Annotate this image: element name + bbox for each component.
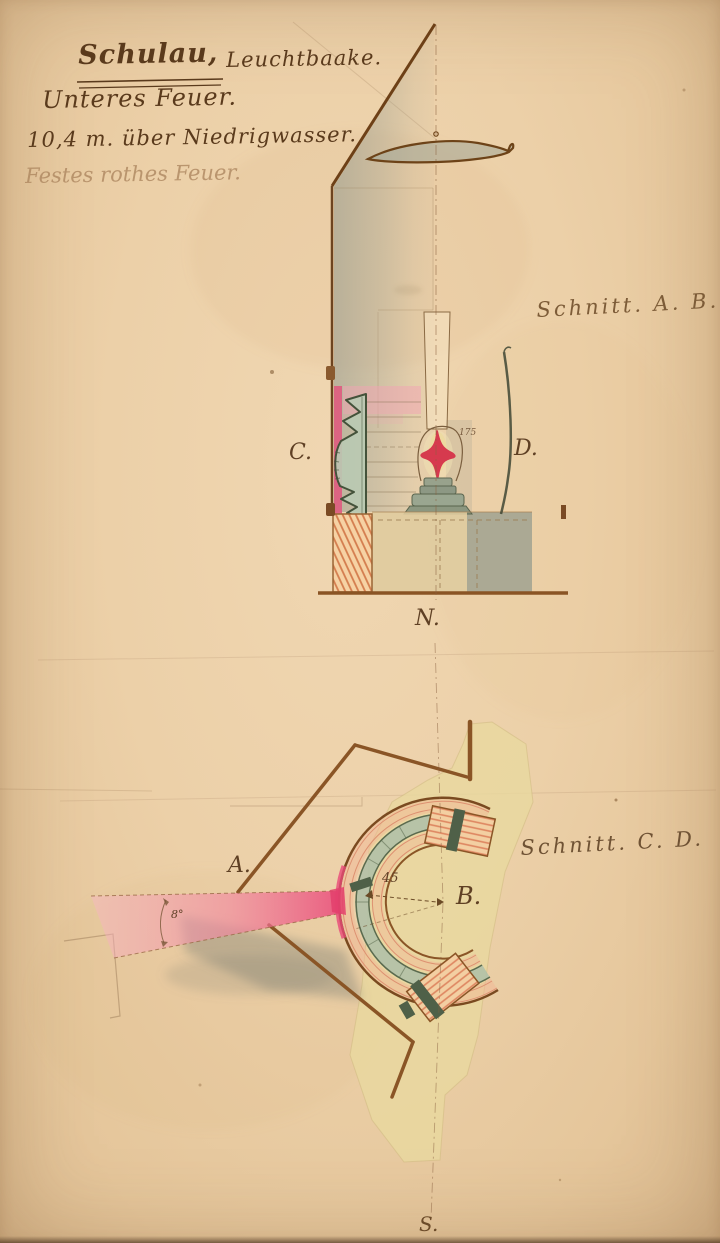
- marker-b: B.: [456, 884, 481, 908]
- plan-step-line: [230, 797, 362, 806]
- light-character-note: Festes rothes Feuer.: [25, 162, 241, 187]
- burner-collar: [424, 478, 452, 486]
- underline-line: [77, 79, 223, 82]
- wall-foot: [326, 503, 335, 516]
- speck: [615, 799, 618, 802]
- lamp-dimension-label: 175: [459, 429, 476, 438]
- wall-north: [355, 745, 467, 777]
- marker-c: C.: [289, 442, 312, 464]
- speck: [559, 1179, 561, 1181]
- beam-angle-label: 8°: [171, 909, 184, 920]
- wood-post-section: [333, 514, 372, 592]
- marker-n: N.: [415, 608, 440, 630]
- page-bottom-edge: [0, 1236, 720, 1243]
- marker-d: D.: [514, 438, 538, 460]
- elevation-note: 10,4 m. über Niedrigwasser.: [27, 124, 357, 151]
- subtitle: Unteres Feuer.: [42, 85, 237, 112]
- burner-ring: [420, 486, 456, 494]
- wall-bracket: [326, 366, 335, 380]
- lamp-chimney-column: [424, 312, 450, 429]
- right-wall-stub: [561, 505, 566, 519]
- wall-northwest: [238, 745, 355, 892]
- radius-label: 45: [382, 872, 399, 885]
- speck: [199, 1084, 202, 1087]
- speck: [683, 89, 686, 92]
- scanned-drawing-page: Schulau, Leuchtbaake. Unteres Feuer. 10,…: [0, 0, 720, 1243]
- page-title-suffix: Leuchtbaake.: [226, 47, 382, 71]
- platform-box: [372, 512, 467, 592]
- crease-line: [60, 790, 716, 801]
- beam-shadow-soft: [165, 955, 335, 995]
- page-title: Schulau,: [78, 40, 218, 69]
- burner-body: [412, 494, 464, 506]
- marker-a: A.: [228, 855, 251, 877]
- beam-origin-hotspot: [330, 887, 346, 915]
- speck: [270, 370, 274, 374]
- crease-line: [0, 789, 152, 791]
- marker-s: S.: [419, 1214, 438, 1234]
